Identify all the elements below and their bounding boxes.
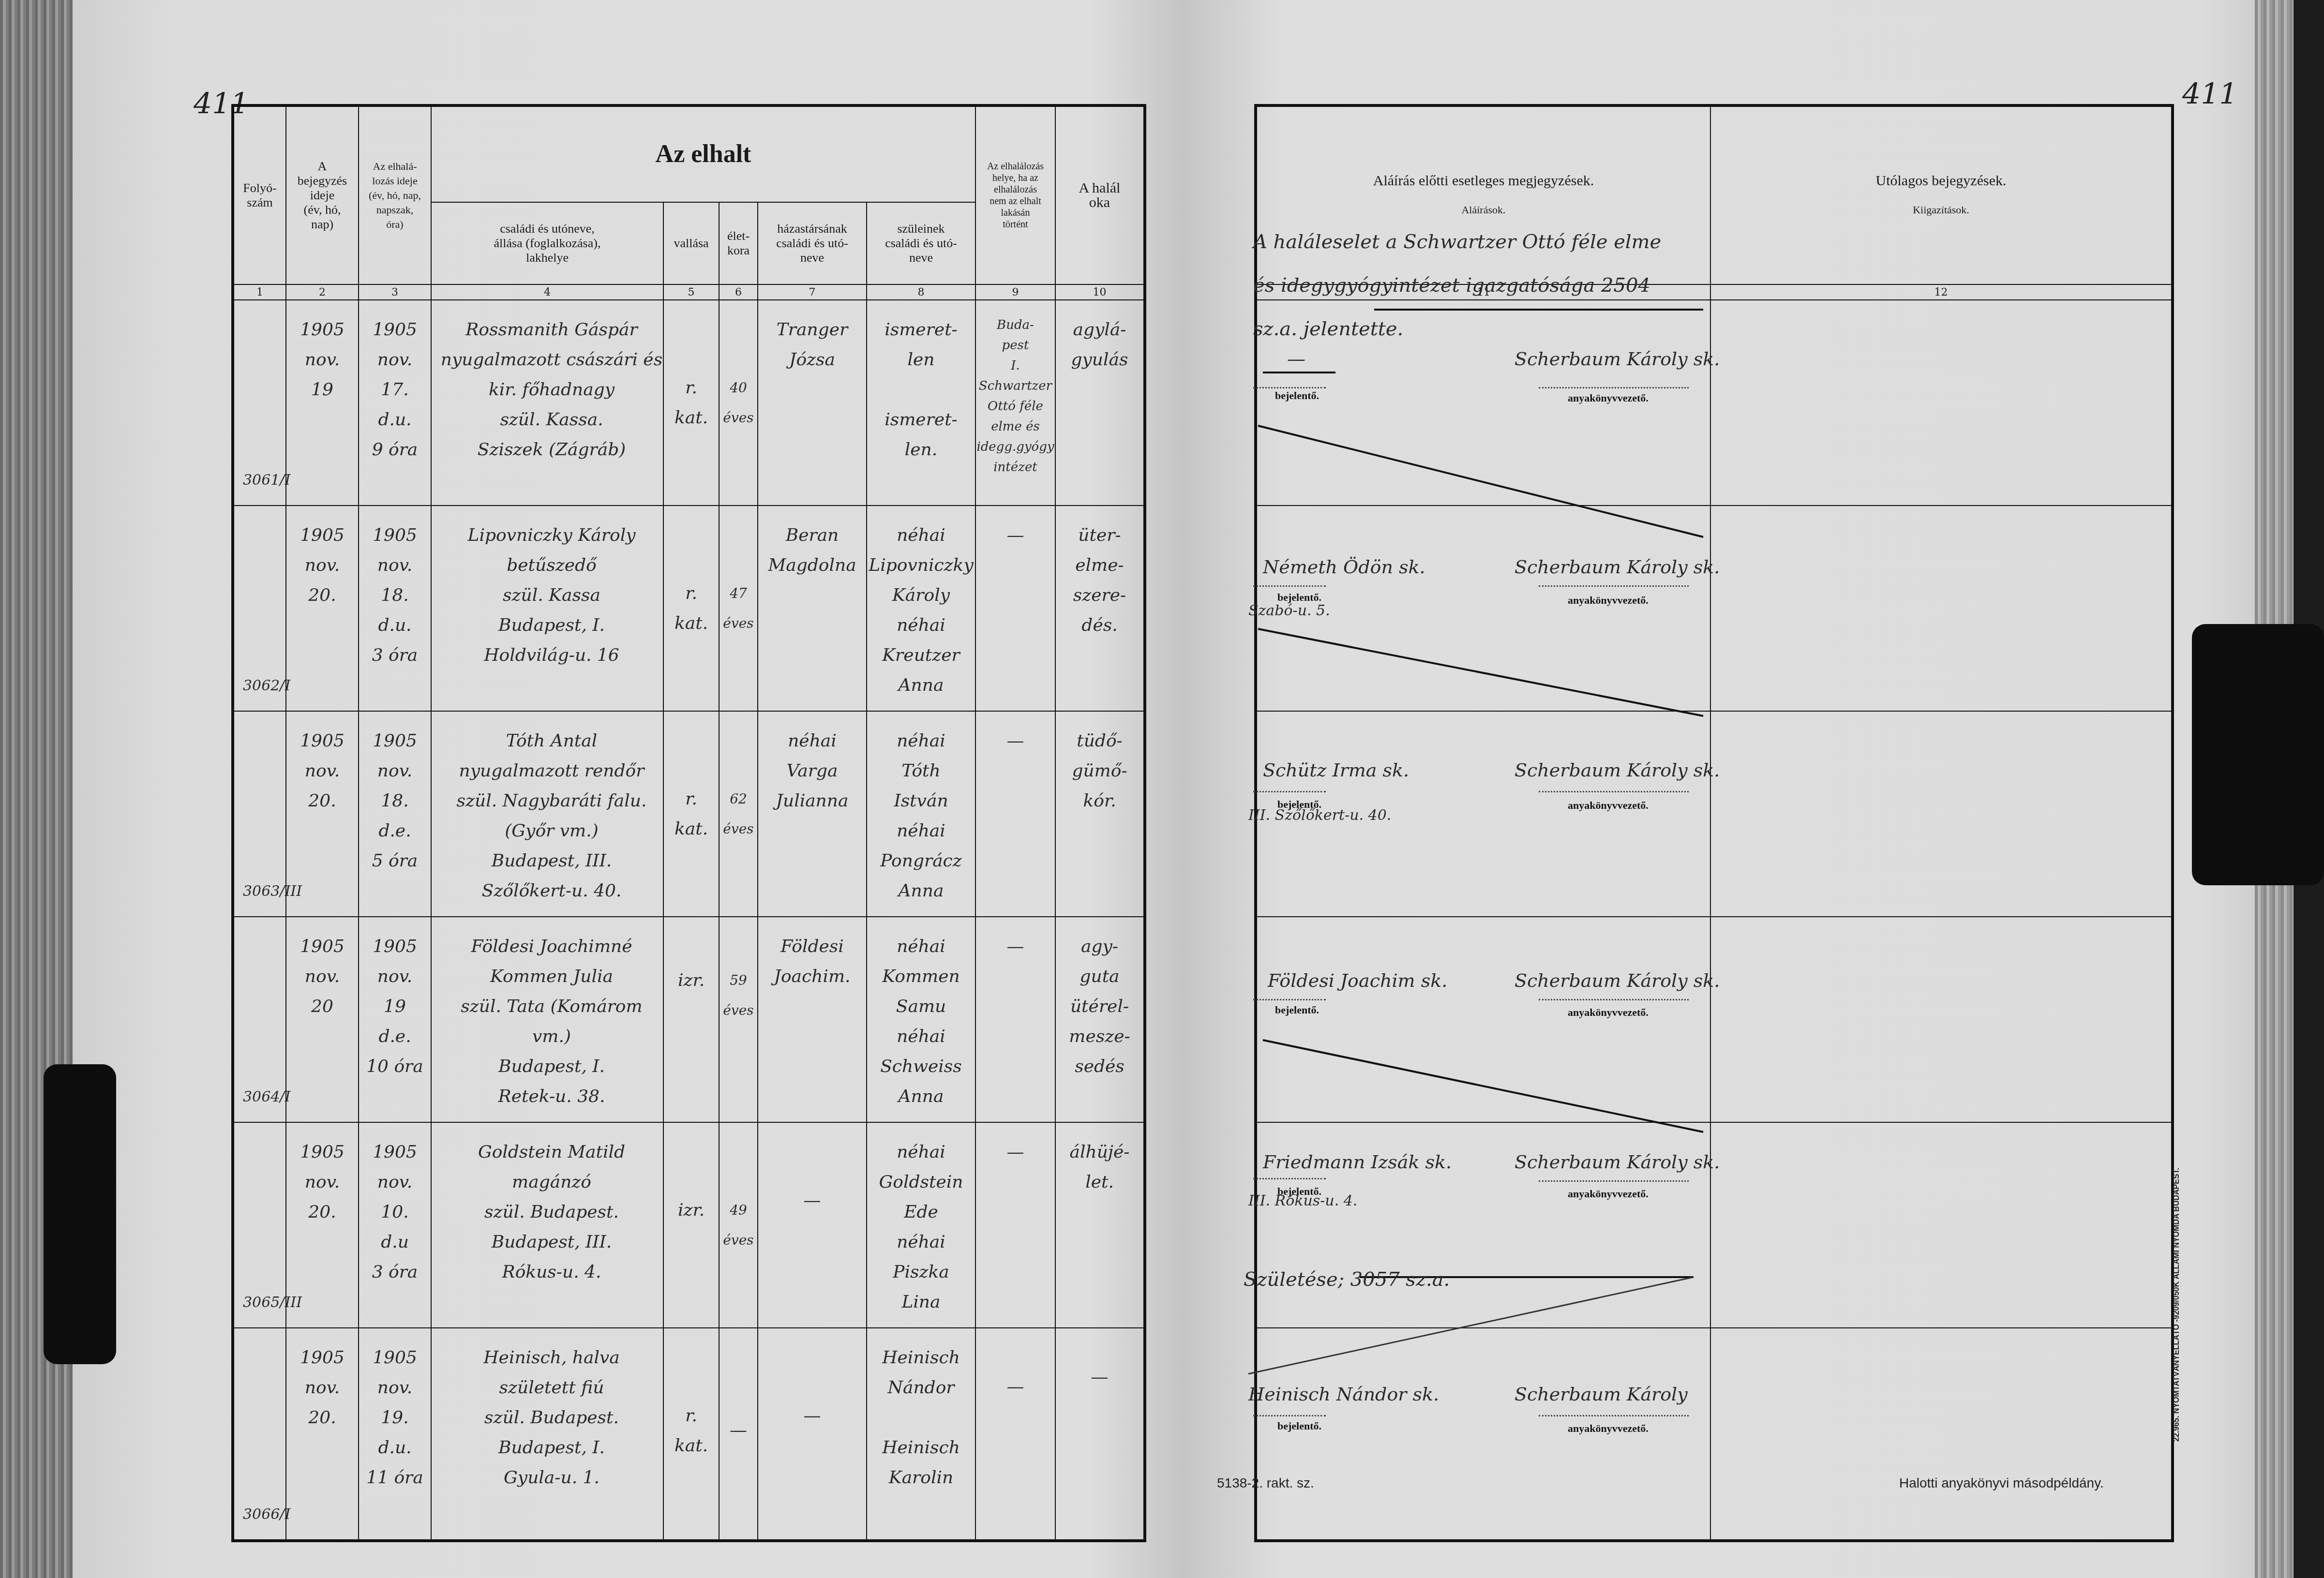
declarant-label: bejelentő. <box>1275 1004 1319 1016</box>
declarant-signature: Friedmann Izsák sk. <box>1263 1151 1452 1173</box>
printer-line: 22.965. NYOMTATVÁNYELLÁTÓ -9209/050K ÁLL… <box>2173 1168 2181 1442</box>
declarant-signature: Németh Ödön sk. <box>1263 556 1425 578</box>
declarant-address: III. Rókus-u. 4. <box>1248 1192 1357 1209</box>
declarant-signature: — <box>1287 348 1305 370</box>
declarant-signature: Schütz Irma sk. <box>1263 759 1409 781</box>
strikethrough-lines <box>0 0 2324 1578</box>
registrar-signature: Scherbaum Károly sk. <box>1514 970 1720 991</box>
registrar-label: anyakönyvvezető. <box>1568 392 1649 404</box>
registrar-signature: Scherbaum Károly sk. <box>1514 759 1720 781</box>
declarant-label: bejelentő. <box>1275 389 1319 402</box>
registrar-signature: Scherbaum Károly sk. <box>1514 1151 1720 1173</box>
registrar-label: anyakönyvvezető. <box>1568 1006 1649 1019</box>
registrar-label: anyakönyvvezető. <box>1568 1422 1649 1435</box>
remarks-note-row-6: Születése; 3057 sz.a. <box>1244 1258 1534 1301</box>
registrar-signature: Scherbaum Károly <box>1514 1384 1688 1405</box>
register-title: Halotti anyakönyvi másodpéldány. <box>1899 1475 2104 1491</box>
declarant-signature: Földesi Joachim sk. <box>1268 970 1447 991</box>
declarant-signature: Heinisch Nándor sk. <box>1248 1384 1439 1405</box>
declarant-label: bejelentő. <box>1277 1420 1321 1432</box>
registrar-label: anyakönyvvezető. <box>1568 799 1649 812</box>
declarant-address: Szabó-u. 5. <box>1248 602 1330 619</box>
registrar-label: anyakönyvvezető. <box>1568 594 1649 607</box>
registrar-label: anyakönyvvezető. <box>1568 1188 1649 1200</box>
registrar-signature: Scherbaum Károly sk. <box>1514 556 1720 578</box>
remarks-note-row-1: A haláleselet a Schwartzer Ottó féle elm… <box>1253 220 1689 351</box>
declarant-address: III. Szőlőkert-u. 40. <box>1248 807 1391 824</box>
registrar-signature: Scherbaum Károly sk. <box>1514 348 1720 370</box>
form-number: 5138-2. rakt. sz. <box>1217 1475 1314 1491</box>
